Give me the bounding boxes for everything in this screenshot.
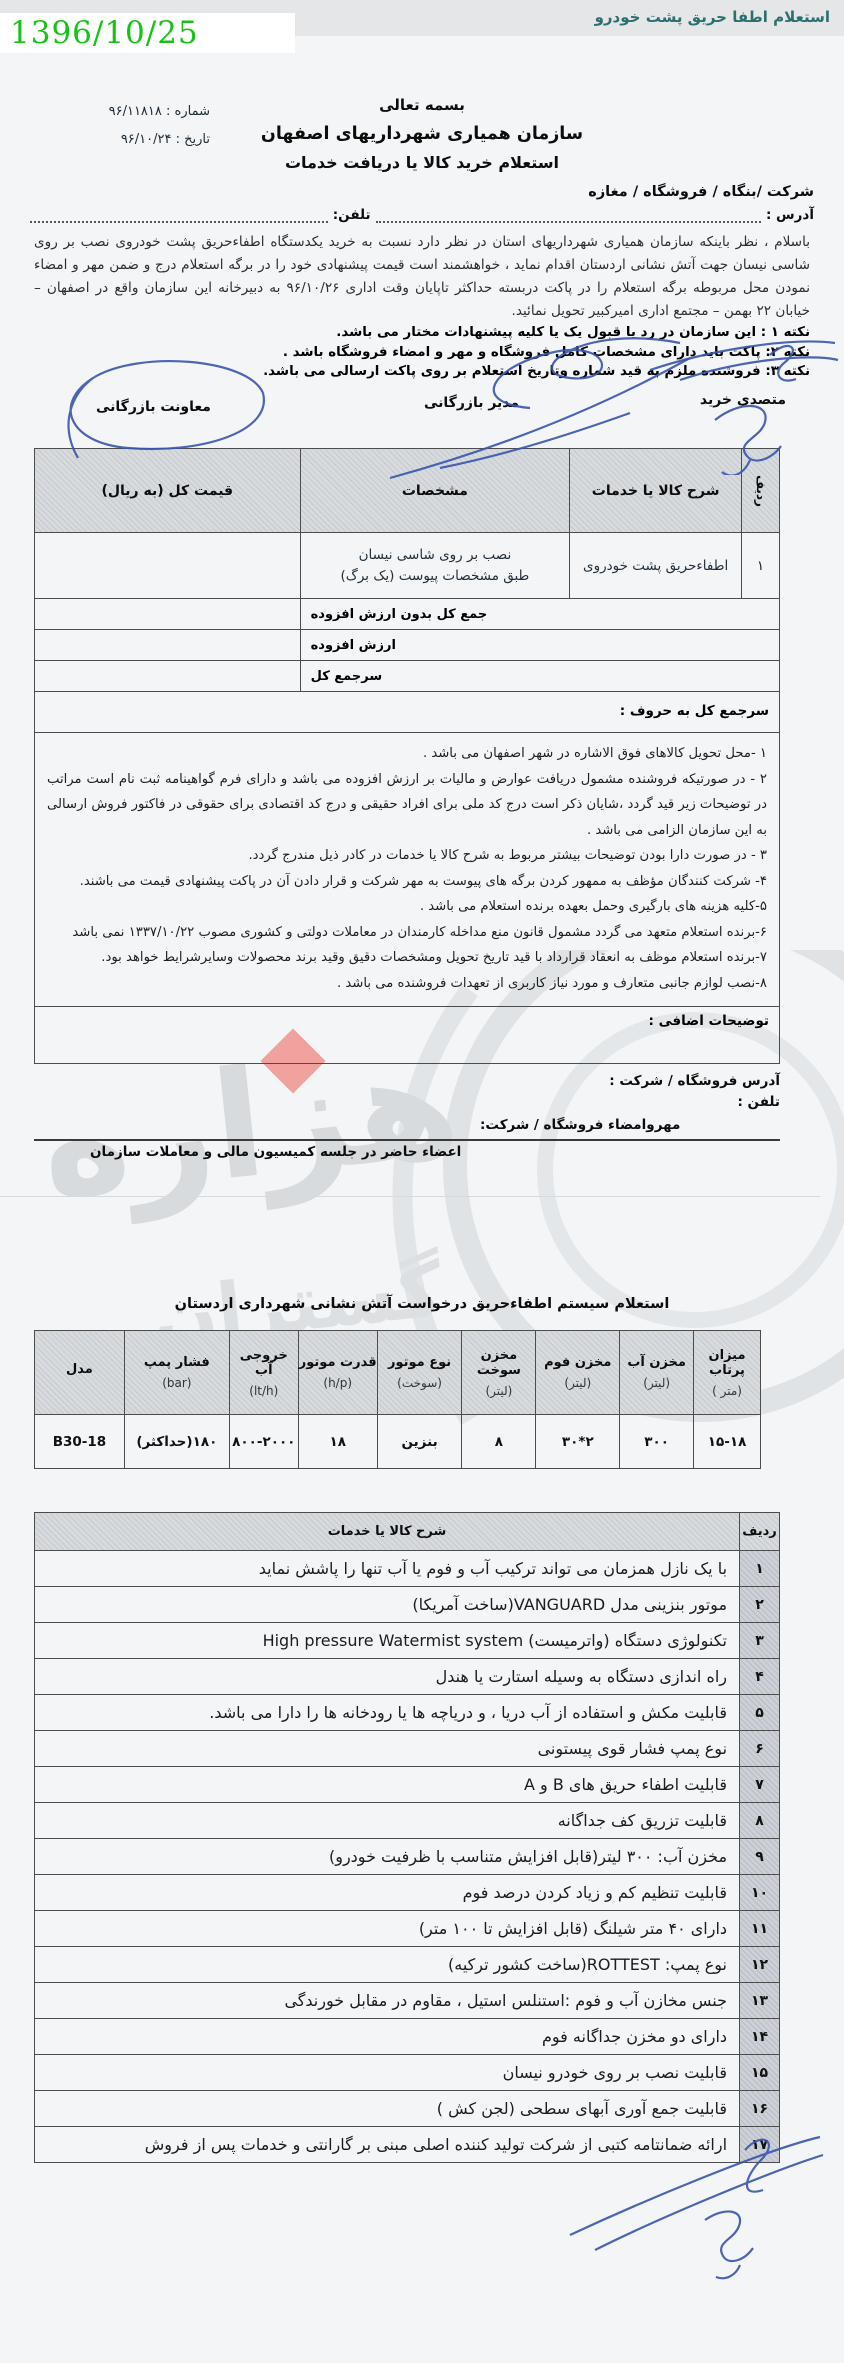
sum-row-subtotal: جمع کل بدون ارزش افزوده: [35, 599, 780, 630]
spec-col-water-output: خروجی آب(lt/h): [229, 1331, 298, 1415]
note-3: نکته ۳: فروشنده ملزم به قید شماره وتاریخ…: [263, 362, 810, 382]
spec-col-fuel-tank: مخزن سوخت(لیتر): [462, 1331, 536, 1415]
seal-signature-label: مهروامضاء فروشگاه / شرکت:: [34, 1117, 780, 1133]
spec-value-water-output: ۸۰۰-۲۰۰۰: [229, 1415, 298, 1469]
feature-row: ۱۳جنس مخازن آب و فوم :استنلس استیل ، مقا…: [35, 1983, 780, 2019]
subtotal-label: جمع کل بدون ارزش افزوده: [300, 599, 779, 630]
feature-row: ۱۱دارای ۴۰ متر شیلنگ (قابل افزایش تا ۱۰۰…: [35, 1911, 780, 1947]
spec-col-engine-type: نوع موتور(سوخت): [377, 1331, 462, 1415]
sum-row-vat: ارزش افزوده: [35, 630, 780, 661]
company-line: شرکت /بنگاه / فروشگاه / مغازه: [588, 184, 814, 200]
subtotal-value-cell: [35, 599, 301, 630]
term-6: ۶-برنده استعلام متعهد می گردد مشمول قانو…: [47, 920, 767, 946]
spec-values-row: ۱۵-۱۸ ۳۰۰ ۲*۳۰ ۸ بنزین ۱۸ ۸۰۰-۲۰۰۰ ۱۸۰(ح…: [35, 1415, 761, 1469]
feature-row: ۵قابلیت مکش و استفاده از آب دریا ، و دری…: [35, 1695, 780, 1731]
spec-col-water-tank: مخزن آب(لیتر): [620, 1331, 694, 1415]
term-3: ۳ - در صورت دارا بودن توضیحات بیشتر مربو…: [47, 843, 767, 869]
sum-row-grand-total: سرجمع کل: [35, 661, 780, 692]
grand-total-value-cell: [35, 661, 301, 692]
grand-total-label: سرجمع کل: [300, 661, 779, 692]
spec-col-foam-tank: مخزن فوم(لیتر): [536, 1331, 620, 1415]
item-description: اطفاءحریق پشت خودروی: [570, 533, 742, 599]
address-fill-line: [376, 210, 761, 223]
address-phone-row: آدرس : تلفن:: [30, 207, 814, 223]
spec-section-title: استعلام سیستم اطفاءحریق درخواست آتش نشان…: [0, 1296, 844, 1312]
document-date: تاریخ : ۹۶/۱۰/۲۴: [55, 132, 210, 147]
item-row-1: ۱ اطفاءحریق پشت خودروی نصب بر روی شاسی ن…: [35, 533, 780, 599]
spec-value-foam-tank: ۲*۳۰: [536, 1415, 620, 1469]
date-stamp: 1396/10/25: [10, 15, 199, 51]
spec-value-throw-range: ۱۵-۱۸: [694, 1415, 761, 1469]
address-label: آدرس :: [766, 207, 814, 223]
term-2: ۲ - در صورتیکه فروشنده مشمول دریافت عوار…: [47, 767, 767, 844]
term-7: ۷-برنده استعلام موظف به انعقاد قرارداد ب…: [47, 945, 767, 971]
spec-col-pump-pressure: فشار پمپ(bar): [124, 1331, 229, 1415]
note-1: نکته ۱ : این سازمان در رد یا قبول یک یا …: [263, 323, 810, 343]
phone-label: تلفن:: [333, 207, 371, 223]
features-table-wrap: ردیف شرح کالا یا خدمات ۱با یک نازل همزما…: [34, 1512, 780, 2163]
extra-notes-box: توضیحات اضافی :: [34, 1006, 780, 1064]
feature-row: ۱۶قابلیت جمع آوری آبهای سطحی (لجن کش ): [35, 2091, 780, 2127]
scanned-inquiry-document: هزاره گستران استعلام اطفا حريق پشت خودرو…: [0, 0, 844, 2363]
spec-value-water-tank: ۳۰۰: [620, 1415, 694, 1469]
store-address-label: آدرس فروشگاه / شرکت :: [34, 1073, 780, 1089]
item-price-cell: [35, 533, 301, 599]
spec-col-engine-power: قدرت موتور(h/p): [298, 1331, 377, 1415]
main-form-body: ردیف شرح کالا یا خدمات مشخصات قیمت کل (ب…: [34, 448, 780, 1160]
term-1: ۱ -محل تحویل کالاهای فوق الاشاره در شهر …: [47, 741, 767, 767]
term-4: ۴- شرکت کنندگان مؤظف به ممهور کردن برگه …: [47, 869, 767, 895]
terms-box: ۱ -محل تحویل کالاهای فوق الاشاره در شهر …: [34, 732, 780, 1007]
features-col-row-number: ردیف: [740, 1513, 780, 1551]
features-table: ردیف شرح کالا یا خدمات ۱با یک نازل همزما…: [34, 1512, 780, 2163]
pump-spec-table: میزان پرتاب(متر ) مخزن آب(لیتر) مخزن فوم…: [34, 1330, 761, 1469]
feature-row: ۲موتور بنزینی مدل VANGUARD(ساخت آمریکا): [35, 1587, 780, 1623]
col-header-row-number: ردیف: [742, 449, 780, 533]
term-8: ۸-نصب لوازم جانبی متعارف و مورد نیاز کار…: [47, 971, 767, 997]
signature-title-buyer: متصدی خرید: [700, 392, 786, 408]
footer-divider-line: [34, 1139, 780, 1141]
intro-paragraph: باسلام ، نظر باینکه سازمان همیاری شهردار…: [34, 231, 810, 323]
spec-value-engine-power: ۱۸: [298, 1415, 377, 1469]
feature-row: ۱۷ارائه ضمانتامه کتبی از شرکت تولید کنند…: [35, 2127, 780, 2163]
spec-table-wrap: میزان پرتاب(متر ) مخزن آب(لیتر) مخزن فوم…: [34, 1330, 761, 1469]
feature-row: ۱۰قابلیت تنظیم کم و زیاد کردن درصد فوم: [35, 1875, 780, 1911]
document-number: شماره : ۹۶/۱۱۸۱۸: [55, 104, 210, 119]
price-inquiry-table: ردیف شرح کالا یا خدمات مشخصات قیمت کل (ب…: [34, 448, 780, 692]
feature-row: ۱۴دارای دو مخزن جداگانه فوم: [35, 2019, 780, 2055]
spec-col-throw-range: میزان پرتاب(متر ): [694, 1331, 761, 1415]
spec-value-pump-pressure: ۱۸۰(حداکثر): [124, 1415, 229, 1469]
store-phone-label: تلفن :: [34, 1094, 780, 1110]
notes-block: نکته ۱ : این سازمان در رد یا قبول یک یا …: [263, 323, 810, 382]
vat-value-cell: [35, 630, 301, 661]
signature-title-commerce-deputy: معاونت بازرگانی: [96, 399, 211, 415]
feature-row: ۳تکنولوژی دستگاه (واترمیست) High pressur…: [35, 1623, 780, 1659]
term-5: ۵-کلیه هزینه های بارگیری وحمل بعهده برند…: [47, 894, 767, 920]
spec-col-model: مدل: [35, 1331, 125, 1415]
feature-row: ۷قابلیت اطفاء حریق های B و A: [35, 1767, 780, 1803]
phone-fill-line: [30, 210, 328, 223]
item-row-number: ۱: [742, 533, 780, 599]
feature-row: ۸قابلیت تزریق کف جداگانه: [35, 1803, 780, 1839]
document-title-bar: استعلام اطفا حريق پشت خودرو: [595, 8, 830, 26]
document-meta: شماره : ۹۶/۱۱۸۱۸ تاریخ : ۹۶/۱۰/۲۴: [55, 104, 210, 160]
spec-value-model: B30-18: [35, 1415, 125, 1469]
item-specs: نصب بر روی شاسی نیسان طبق مشخصات پیوست (…: [300, 533, 570, 599]
signature-title-commerce-manager: مدیر بازرگانی: [424, 395, 519, 411]
features-col-description: شرح کالا یا خدمات: [35, 1513, 740, 1551]
feature-row: ۶نوع پمپ فشار قوی پیستونی: [35, 1731, 780, 1767]
commission-members-label: اعضاء حاضر در جلسه کمیسیون مالی و معاملا…: [90, 1144, 780, 1160]
feature-row: ۱با یک نازل همزمان می تواند ترکیب آب و ف…: [35, 1551, 780, 1587]
spec-value-fuel-tank: ۸: [462, 1415, 536, 1469]
spec-value-engine-type: بنزین: [377, 1415, 462, 1469]
faint-divider-line: [0, 1196, 820, 1197]
feature-row: ۱۲نوع پمپ: ROTTEST(ساخت کشور ترکیه): [35, 1947, 780, 1983]
col-header-description: شرح کالا یا خدمات: [570, 449, 742, 533]
total-in-words-box: سرجمع کل به حروف :: [34, 691, 780, 733]
feature-row: ۱۵قابلیت نصب بر روی خودرو نیسان: [35, 2055, 780, 2091]
note-2: نکته ۲: پاکت باید دارای مشخصات کامل فروش…: [263, 343, 810, 363]
col-header-total-price: قیمت کل (به ریال): [35, 449, 301, 533]
vat-label: ارزش افزوده: [300, 630, 779, 661]
feature-row: ۹مخزن آب: ۳۰۰ لیتر(قابل افزایش متناسب با…: [35, 1839, 780, 1875]
col-header-specs: مشخصات: [300, 449, 570, 533]
feature-row: ۴راه اندازی دستگاه به وسیله استارت یا هن…: [35, 1659, 780, 1695]
